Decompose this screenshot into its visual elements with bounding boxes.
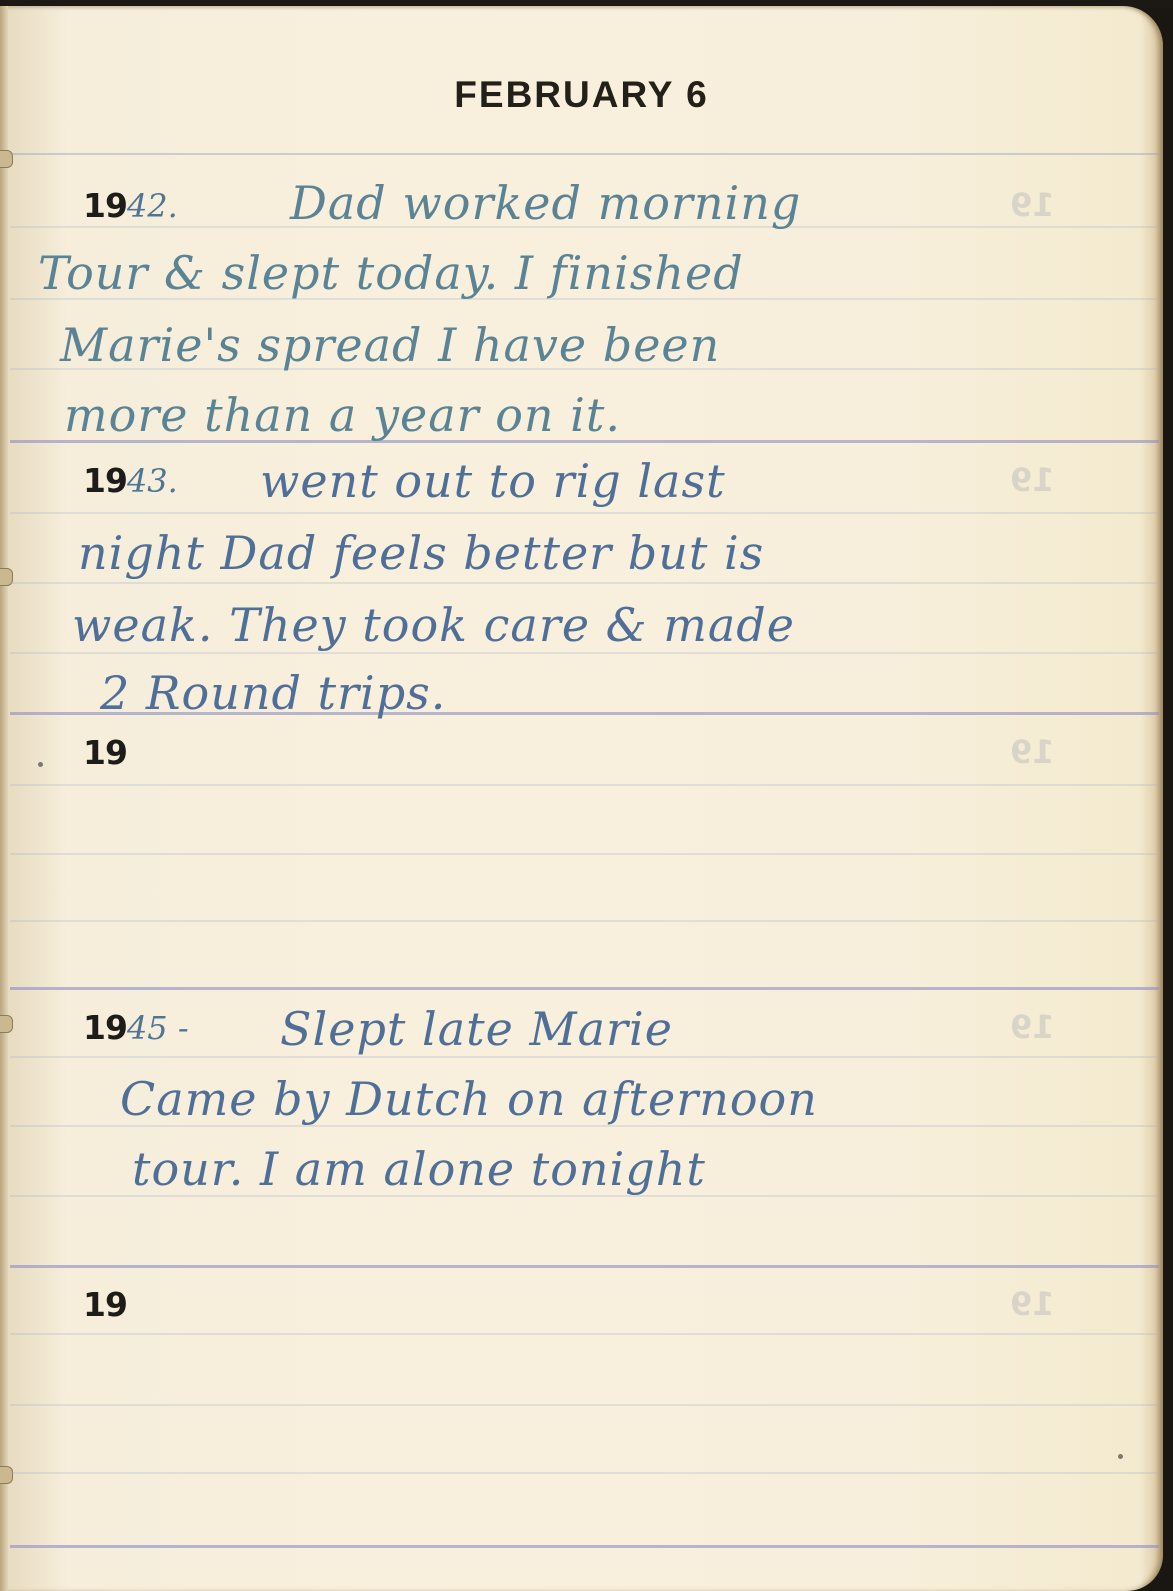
section-divider-line (10, 987, 1159, 990)
ruled-line (10, 153, 1159, 155)
entry-1943-line: night Dad feels better but is (78, 518, 764, 588)
entry-1942-line: more than a year on it. (64, 380, 621, 450)
printed-year-prefix: 19 (83, 461, 127, 500)
printed-year-prefix: 19 (83, 186, 127, 225)
entry-year-1943: 1943. (83, 461, 178, 500)
ruled-line (10, 1404, 1159, 1406)
entry-year-blank: 19 (83, 1285, 127, 1324)
printed-year-prefix: 19 (83, 1008, 127, 1047)
entry-1942-line: Tour & slept today. I finished (38, 238, 744, 308)
binding-hole-icon (0, 1015, 13, 1033)
ruled-line (10, 784, 1159, 786)
bleed-through-year-mark: 19 (1010, 733, 1055, 771)
entry-1943-line: weak. They took care & made (72, 590, 795, 660)
paper-speck (1118, 1454, 1123, 1459)
ruled-line (10, 853, 1159, 855)
bleed-through-year-mark: 19 (1010, 1008, 1055, 1046)
paper-speck (38, 762, 43, 767)
printed-year-prefix: 19 (83, 1285, 127, 1324)
page-spine (0, 6, 8, 1591)
entry-1945-line: tour. I am alone tonight (132, 1134, 706, 1204)
entry-1945-line: Slept late Marie (280, 994, 673, 1064)
ruled-line (10, 1333, 1159, 1335)
entry-1945-line: Came by Dutch on afternoon (120, 1064, 818, 1134)
handwritten-year-suffix: 43. (127, 462, 178, 500)
bleed-through-year-mark: 19 (1010, 1285, 1055, 1323)
entry-year-1942: 1942. (83, 186, 178, 225)
entry-year-blank: 19 (83, 733, 127, 772)
entry-1942-line: Dad worked morning (290, 168, 801, 238)
bleed-through-year-mark: 19 (1010, 461, 1055, 499)
section-divider-line (10, 1545, 1159, 1548)
handwritten-year-suffix: 42. (127, 187, 178, 225)
entry-1943-line: 2 Round trips. (100, 658, 446, 728)
page-title: FEBRUARY 6 (0, 74, 1163, 116)
entry-year-1945: 1945 - (83, 1008, 189, 1047)
printed-year-prefix: 19 (83, 733, 127, 772)
section-divider-line (10, 1265, 1159, 1268)
handwritten-year-suffix: 45 - (127, 1009, 189, 1047)
entry-1943-line: went out to rig last (260, 446, 726, 516)
ruled-line (10, 1472, 1159, 1474)
bleed-through-year-mark: 19 (1010, 186, 1055, 224)
ruled-line (10, 920, 1159, 922)
binding-hole-icon (0, 1466, 13, 1484)
entry-1942-line: Marie's spread I have been (60, 310, 720, 380)
